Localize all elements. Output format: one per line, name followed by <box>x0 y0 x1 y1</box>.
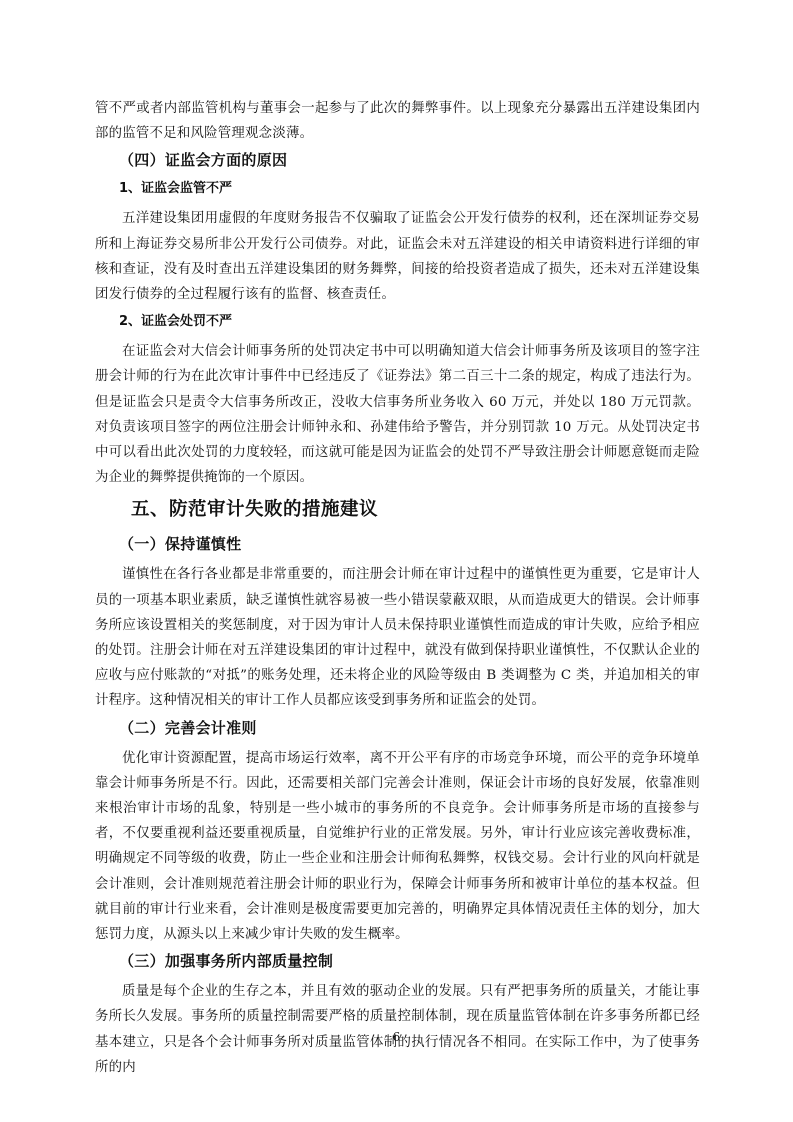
subheading-lax-penalty: 2、证监会处罚不严 <box>119 311 700 333</box>
page-number: 6 <box>0 1030 793 1044</box>
paragraph: 在证监会对大信会计师事务所的处罚决定书中可以明确知道大信会计师事务所及该项目的签… <box>95 339 700 490</box>
section-heading-prudence: （一）保持谨慎性 <box>119 532 700 556</box>
document-page: 管不严或者内部监管机构与董事会一起参与了此次的舞弊事件。以上现象充分暴露出五洋建… <box>0 0 793 1122</box>
paragraph: 谨慎性在各行各业都是非常重要的，而注册会计师在审计过程中的谨慎性更为重要，它是审… <box>95 562 700 713</box>
section-heading-accounting-standards: （二）完善会计准则 <box>119 716 700 740</box>
paragraph: 五洋建设集团用虚假的年度财务报告不仅骗取了证监会公开发行债券的权利，还在深圳证券… <box>95 206 700 307</box>
paragraph-continued: 管不严或者内部监管机构与董事会一起参与了此次的舞弊事件。以上现象充分暴露出五洋建… <box>95 96 700 146</box>
chapter-heading-recommendations: 五、防范审计失败的措施建议 <box>131 498 700 522</box>
paragraph: 优化审计资源配置，提高市场运行效率，离不开公平有序的市场竞争环境，而公平的竞争环… <box>95 746 700 948</box>
section-heading-csrc-reasons: （四）证监会方面的原因 <box>119 148 700 172</box>
page-body: 管不严或者内部监管机构与董事会一起参与了此次的舞弊事件。以上现象充分暴露出五洋建… <box>95 96 700 1080</box>
section-heading-quality-control: （三）加强事务所内部质量控制 <box>119 949 700 973</box>
subheading-lax-supervision: 1、证监会监管不严 <box>119 178 700 200</box>
